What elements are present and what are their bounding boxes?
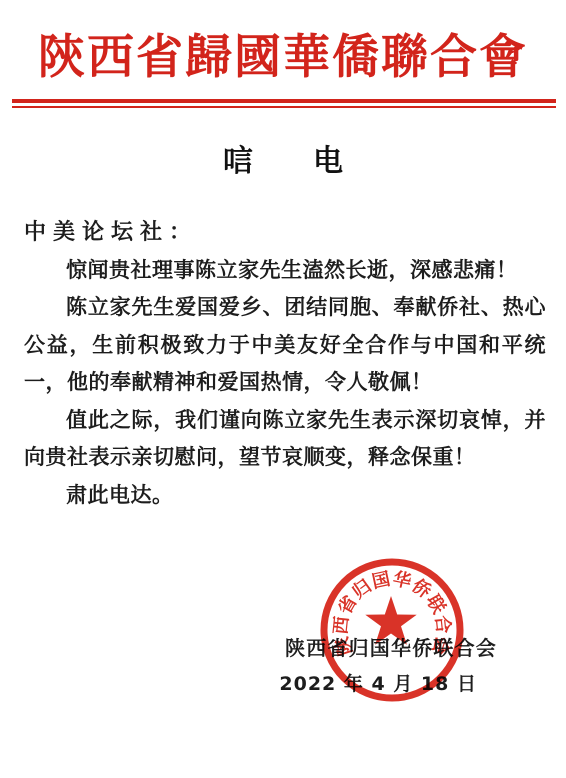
letterhead-double-rule [12, 99, 556, 108]
salutation: 中美论坛社： [24, 214, 546, 252]
document-title: 唁 电 [0, 136, 566, 180]
paragraph-eulogy: 陈立家先生爱国爱乡、团结同胞、奉献侨社、热心公益，生前积极致力于中美友好全合作与… [24, 289, 546, 402]
condolence-letter-page: 陝西省歸國華僑聯合會 唁 电 中美论坛社： 惊闻贵社理事陈立家先生溘然长逝，深感… [0, 0, 566, 778]
official-seal: 陕西省归国华侨联合会 [317, 555, 467, 705]
paragraph-condolence: 惊闻贵社理事陈立家先生溘然长逝，深感悲痛！ [24, 252, 546, 290]
letterhead-org-name: 陝西省歸國華僑聯合會 [0, 27, 566, 89]
seal-star-icon [365, 596, 416, 645]
paragraph-sympathy: 值此之际，我们谨向陈立家先生表示深切哀悼，并向贵社表示亲切慰问，望节哀顺变，释念… [24, 402, 546, 477]
paragraph-closing: 肃此电达。 [24, 477, 546, 515]
letter-body: 中美论坛社： 惊闻贵社理事陈立家先生溘然长逝，深感悲痛！ 陈立家先生爱国爱乡、团… [24, 214, 546, 514]
